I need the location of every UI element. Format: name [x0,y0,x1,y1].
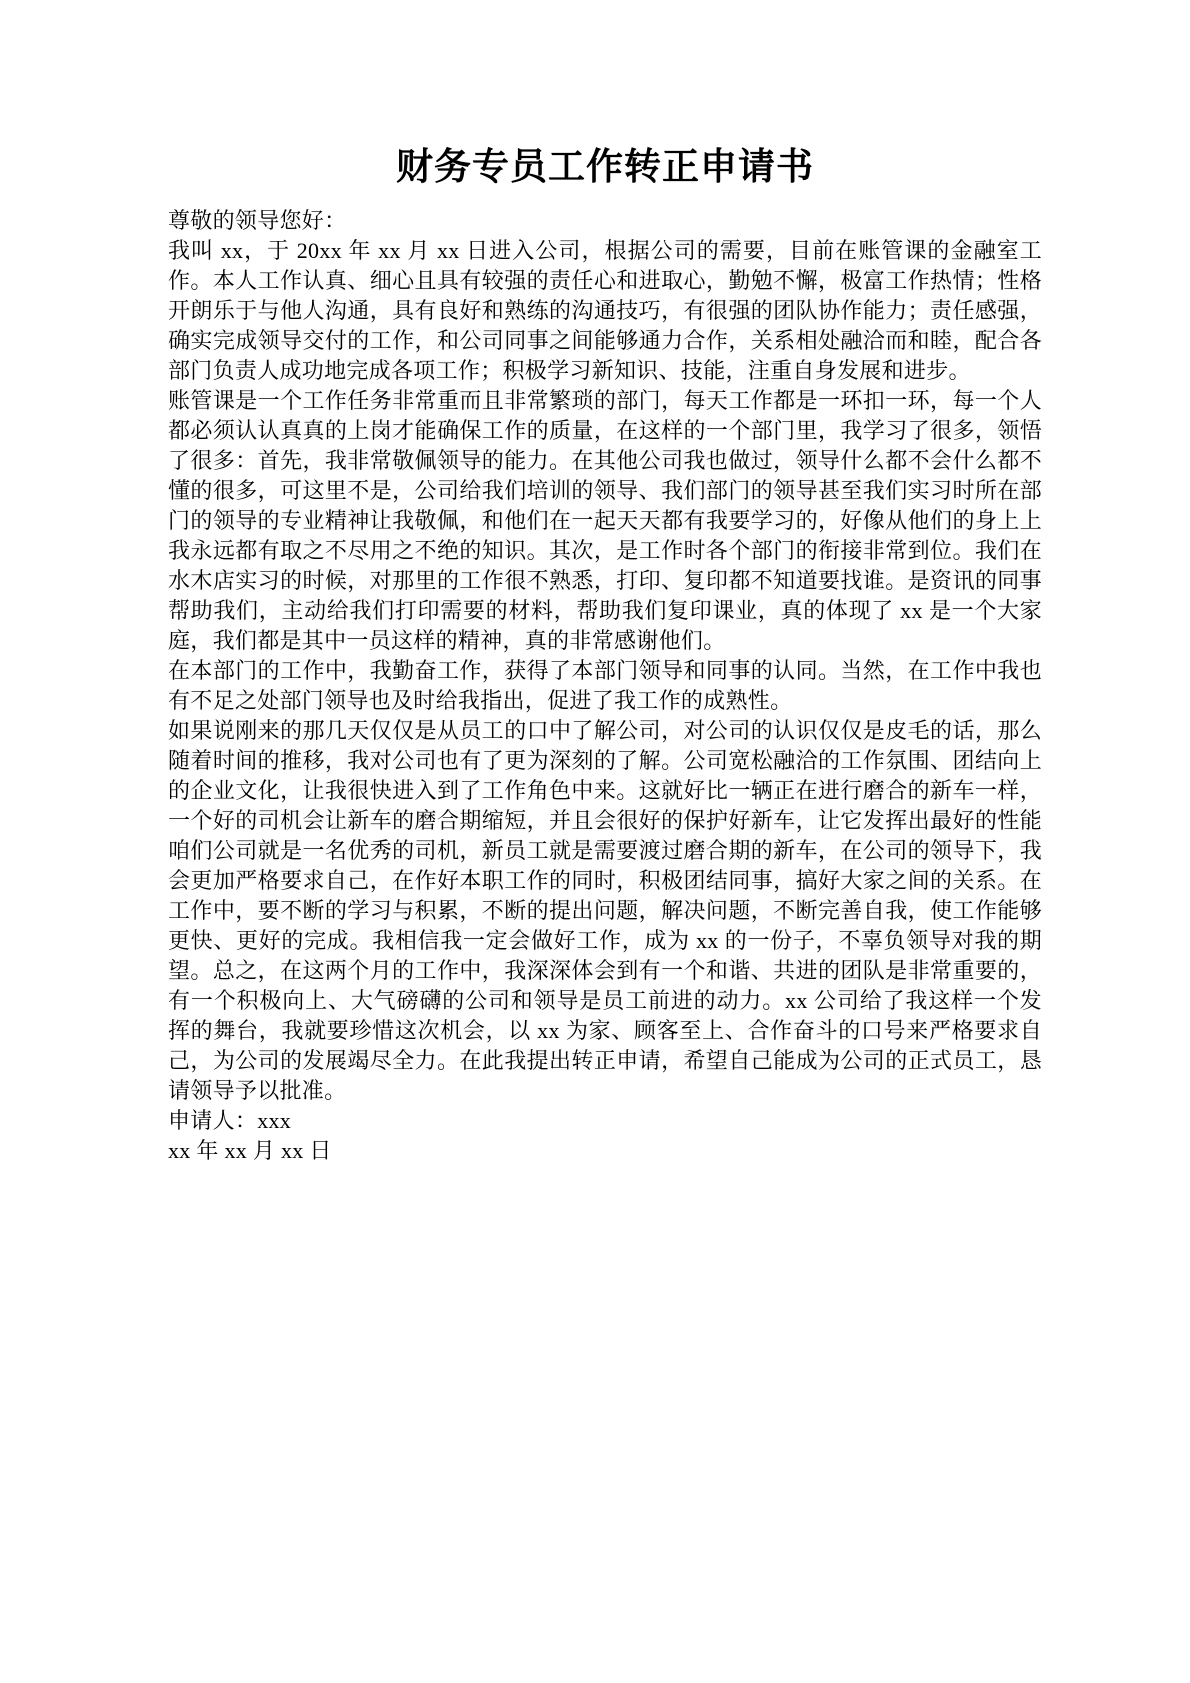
body-paragraph-4: 如果说刚来的那几天仅仅是从员工的口中了解公司，对公司的认识仅仅是皮毛的话，那么随… [168,716,1042,1106]
signature-line: 申请人：xxx [168,1106,1042,1136]
body-paragraph-3: 在本部门的工作中，我勤奋工作，获得了本部门领导和同事的认同。当然，在工作中我也有… [168,656,1042,716]
document-title: 财务专员工作转正申请书 [168,140,1042,196]
document-content: 财务专员工作转正申请书 尊敬的领导您好： 我叫 xx，于 20xx 年 xx 月… [0,0,1190,1166]
body-paragraph-1: 我叫 xx，于 20xx 年 xx 月 xx 日进入公司，根据公司的需要，目前在… [168,236,1042,386]
document-page: 财务专员工作转正申请书 尊敬的领导您好： 我叫 xx，于 20xx 年 xx 月… [0,0,1190,1683]
salutation-line: 尊敬的领导您好： [168,206,1042,236]
body-paragraph-2: 账管课是一个工作任务非常重而且非常繁琐的部门，每天工作都是一环扣一环，每一个人都… [168,386,1042,656]
date-line: xx 年 xx 月 xx 日 [168,1136,1042,1166]
